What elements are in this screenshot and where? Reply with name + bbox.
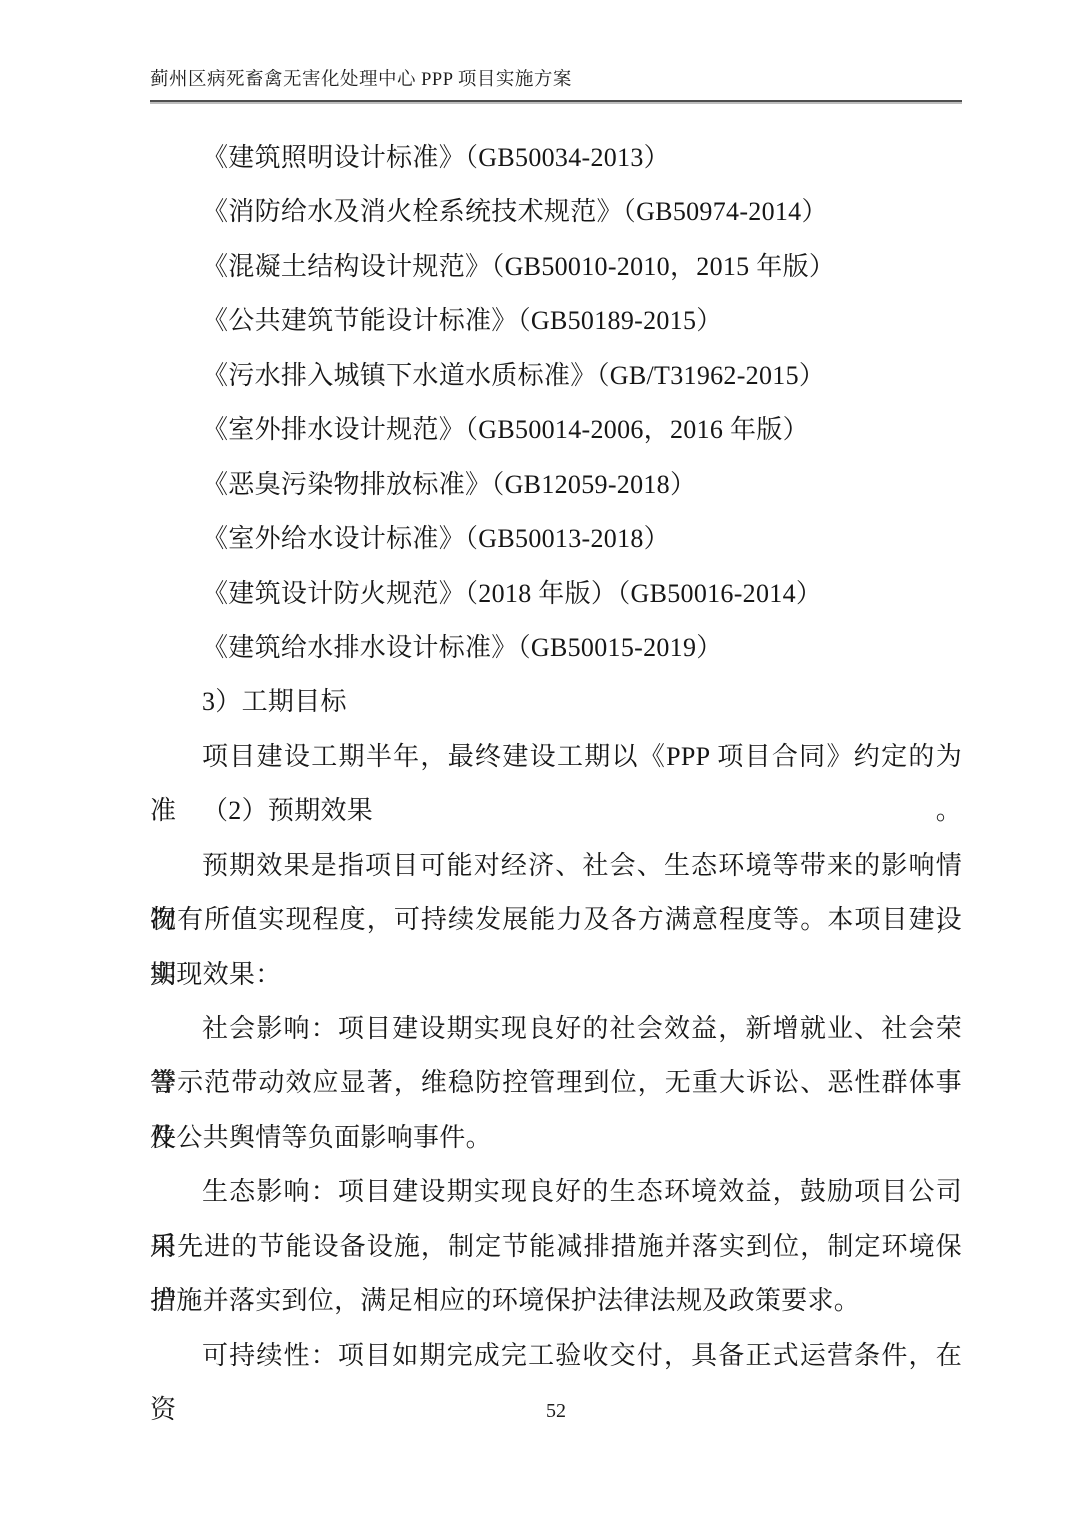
body-line: 及公共舆情等负面影响事件。	[150, 1111, 962, 1165]
body-line: 可持续性：项目如期完成完工验收交付，具备正式运营条件，在资	[150, 1329, 962, 1383]
document-page: 蓟州区病死畜禽无害化处理中心 PPP 项目实施方案 《建筑照明设计标准》（GB5…	[0, 0, 1074, 1520]
body-line: 实现效果：	[150, 948, 962, 1002]
body-line: 预期效果是指项目可能对经济、社会、生态环境等带来的影响情况，	[150, 839, 962, 893]
body-line: 等示范带动效应显著，维稳防控管理到位，无重大诉讼、恶性群体事件	[150, 1056, 962, 1110]
body-line: 《室外排水设计规范》（GB50014-2006，2016 年版）	[150, 403, 962, 457]
body-line: 《室外给水设计标准》（GB50013-2018）	[150, 512, 962, 566]
body-line: 《恶臭污染物排放标准》（GB12059-2018）	[150, 458, 962, 512]
body-line: 《污水排入城镇下水道水质标准》（GB/T31962-2015）	[150, 349, 962, 403]
document-body: 《建筑照明设计标准》（GB50034-2013） 《消防给水及消火栓系统技术规范…	[150, 131, 962, 1383]
body-line: 《消防给水及消火栓系统技术规范》（GB50974-2014）	[150, 185, 962, 239]
body-line: 《混凝土结构设计规范》（GB50010-2010，2015 年版）	[150, 240, 962, 294]
page-header: 蓟州区病死畜禽无害化处理中心 PPP 项目实施方案	[150, 68, 962, 102]
header-title: 蓟州区病死畜禽无害化处理中心 PPP 项目实施方案	[150, 68, 962, 93]
body-line: 《建筑照明设计标准》（GB50034-2013）	[150, 131, 962, 185]
page-number: 52	[150, 1398, 962, 1424]
body-line: 项目建设工期半年，最终建设工期以《PPP 项目合同》约定的为准。	[150, 730, 962, 784]
body-line: 《建筑给水排水设计标准》（GB50015-2019）	[150, 621, 962, 675]
body-line: 《公共建筑节能设计标准》（GB50189-2015）	[150, 294, 962, 348]
body-line: 物有所值实现程度，可持续发展能力及各方满意程度等。本项目建设期	[150, 893, 962, 947]
body-line: 社会影响：项目建设期实现良好的社会效益，新增就业、社会荣誉	[150, 1002, 962, 1056]
body-line: 措施并落实到位，满足相应的环境保护法律法规及政策要求。	[150, 1274, 962, 1328]
body-line: 3）工期目标	[150, 675, 962, 729]
body-line: 《建筑设计防火规范》（2018 年版）（GB50016-2014）	[150, 567, 962, 621]
body-line: 用先进的节能设备设施，制定节能减排措施并落实到位，制定环境保护	[150, 1220, 962, 1274]
body-line: 生态影响：项目建设期实现良好的生态环境效益，鼓励项目公司采	[150, 1165, 962, 1219]
